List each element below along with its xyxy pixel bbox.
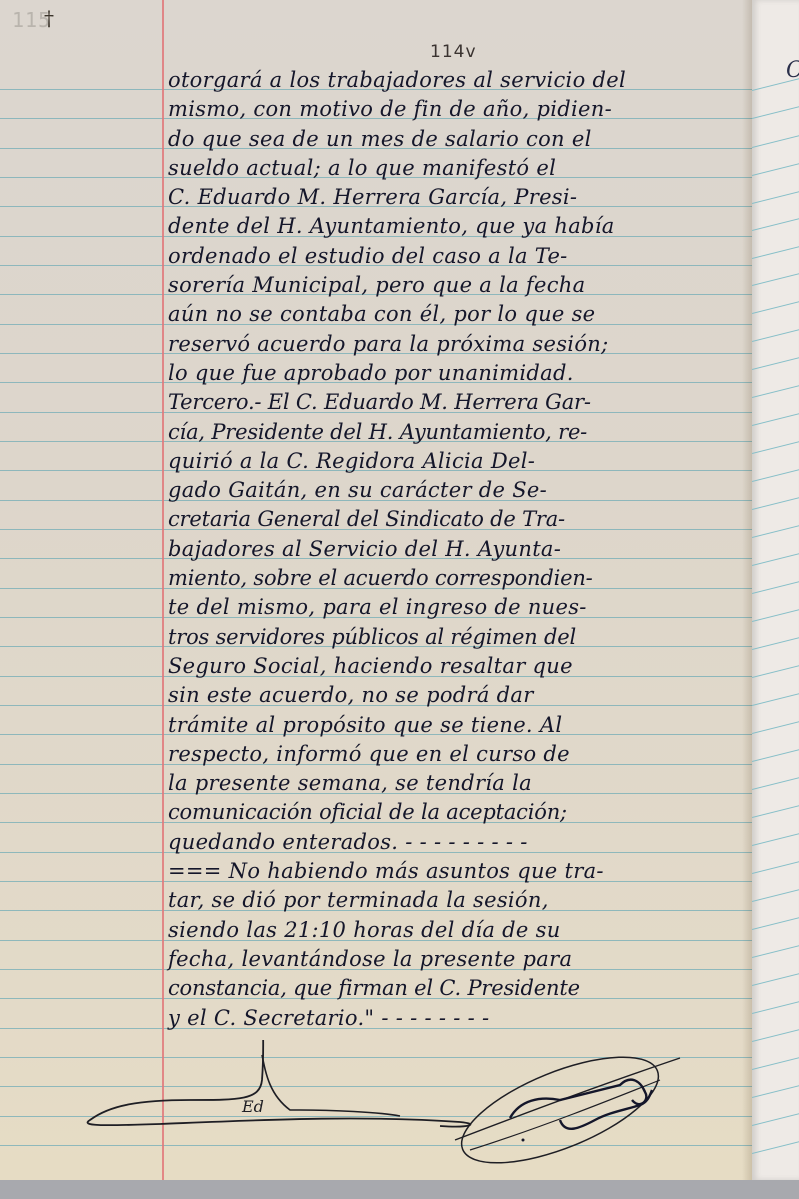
text-line: trámite al propósito que se tiene. Al bbox=[168, 711, 748, 740]
text-line: comunicación oficial de la aceptación; bbox=[168, 798, 748, 827]
text-line: quirió a la C. Regidora Alicia Del- bbox=[168, 447, 748, 476]
left-signature-flourish bbox=[262, 1055, 400, 1116]
text-line: siendo las 21:10 horas del día de su bbox=[168, 916, 748, 945]
signatures: Ed bbox=[0, 1040, 752, 1180]
text-line: tros servidores públicos al régimen del bbox=[168, 623, 748, 652]
text-line: mismo, con motivo de fin de año, pidien- bbox=[168, 95, 748, 124]
text-line: ordenado el estudio del caso a la Te- bbox=[168, 242, 748, 271]
text-line: gado Gaitán, en su carácter de Se- bbox=[168, 476, 748, 505]
text-line: otorgará a los trabajadores al servicio … bbox=[168, 66, 748, 95]
text-line: cretaria General del Sindicato de Tra- bbox=[168, 505, 748, 534]
text-line: miento, sobre el acuerdo correspondien- bbox=[168, 564, 748, 593]
background-surface bbox=[0, 1180, 799, 1199]
adjacent-page-letter: C bbox=[786, 58, 799, 83]
text-line: te del mismo, para el ingreso de nues- bbox=[168, 593, 748, 622]
left-signature-stroke bbox=[88, 1040, 471, 1127]
margin-line bbox=[162, 0, 164, 1180]
adjacent-page-edge: C bbox=[752, 0, 799, 1180]
text-line: Seguro Social, haciendo resaltar que bbox=[168, 652, 748, 681]
text-line: la presente semana, se tendría la bbox=[168, 769, 748, 798]
stamp-figure-icon: † bbox=[44, 6, 54, 30]
text-line: do que sea de un mes de salario con el bbox=[168, 125, 748, 154]
text-line: === No habiendo más asuntos que tra- bbox=[168, 857, 748, 886]
text-line: sin este acuerdo, no se podrá dar bbox=[168, 681, 748, 710]
text-line: tar, se dió por terminada la sesión, bbox=[168, 886, 748, 915]
text-line: constancia, que firman el C. Presidente bbox=[168, 974, 748, 1003]
text-line: respecto, informó que en el curso de bbox=[168, 740, 748, 769]
text-line: fecha, levantándose la presente para bbox=[168, 945, 748, 974]
handwritten-text: otorgará a los trabajadores al servicio … bbox=[168, 66, 748, 1033]
left-initials: Ed bbox=[241, 1097, 264, 1116]
notebook-page: 115 † 114v otorgará a los trabajadores a… bbox=[0, 0, 752, 1180]
text-line: sueldo actual; a lo que manifestó el bbox=[168, 154, 748, 183]
text-line: dente del H. Ayuntamiento, que ya había bbox=[168, 212, 748, 241]
text-line: y el C. Secretario." - - - - - - - - bbox=[168, 1004, 748, 1033]
text-line: aún no se contaba con él, por lo que se bbox=[168, 300, 748, 329]
text-line: quedando enterados. - - - - - - - - - bbox=[168, 828, 748, 857]
text-line: C. Eduardo M. Herrera García, Presi- bbox=[168, 183, 748, 212]
text-line: cía, Presidente del H. Ayuntamiento, re- bbox=[168, 418, 748, 447]
text-line: bajadores al Servicio del H. Ayunta- bbox=[168, 535, 748, 564]
text-line: sorería Municipal, pero que a la fecha bbox=[168, 271, 748, 300]
folio-number: 114v bbox=[430, 42, 477, 62]
text-line: Tercero.- El C. Eduardo M. Herrera Gar- bbox=[168, 388, 748, 417]
text-line: reservó acuerdo para la próxima sesión; bbox=[168, 330, 748, 359]
text-line: lo que fue aprobado por unanimidad. bbox=[168, 359, 748, 388]
